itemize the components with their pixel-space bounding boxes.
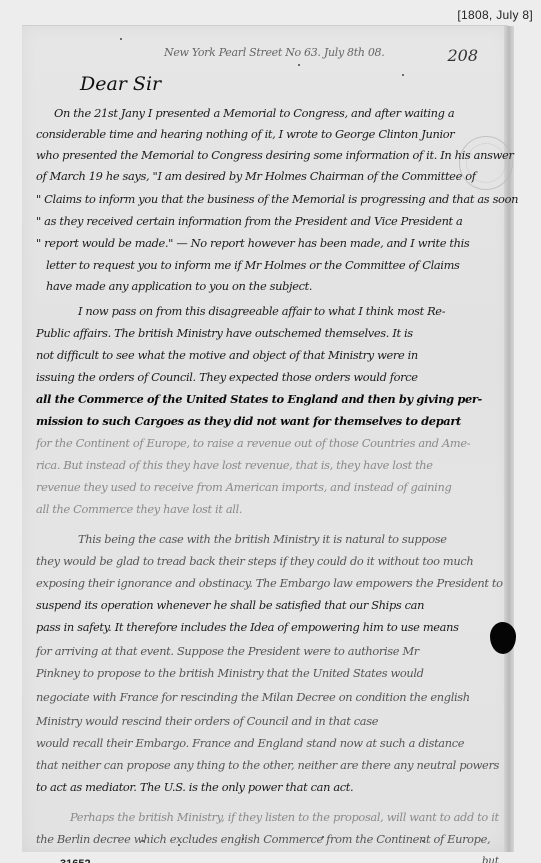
letter-line: On the 21st Jany I presented a Memorial … bbox=[54, 106, 454, 120]
letter-line: " as they received certain information f… bbox=[36, 214, 463, 228]
letter-line: rica. But instead of this they have lost… bbox=[36, 458, 433, 472]
paper-speck bbox=[322, 836, 324, 838]
letter-line: " Claims to inform you that the business… bbox=[36, 192, 518, 206]
letter-line: Public affairs. The british Ministry hav… bbox=[36, 326, 413, 340]
letter-line: This being the case with the british Min… bbox=[78, 532, 447, 546]
letter-line: they would be glad to tread back their s… bbox=[36, 554, 473, 568]
paper-speck bbox=[142, 840, 144, 842]
letter-line: issuing the orders of Council. They expe… bbox=[36, 370, 418, 384]
letter-line: " report would be made." — No report how… bbox=[36, 236, 469, 250]
letter-line: all the Commerce they have lost it all. bbox=[36, 502, 242, 516]
paper-speck bbox=[422, 840, 424, 842]
letter-line: negociate with France for rescinding the… bbox=[36, 690, 470, 704]
letter-line: all the Commerce of the United States to… bbox=[36, 392, 482, 406]
letter-line: considerable time and hearing nothing of… bbox=[36, 127, 454, 141]
paper-speck bbox=[120, 38, 122, 40]
letter-line: for arriving at that event. Suppose the … bbox=[36, 644, 419, 658]
letter-line: the Berlin decree which excludes english… bbox=[36, 832, 490, 846]
letter-line: that neither can propose any thing to th… bbox=[36, 758, 499, 772]
letter-line: have made any application to you on the … bbox=[46, 279, 312, 293]
letter-line: revenue they used to receive from Americ… bbox=[36, 480, 451, 494]
letter-line: not difficult to see what the motive and… bbox=[36, 348, 418, 362]
letter-line: of March 19 he says, "I am desired by Mr… bbox=[36, 169, 476, 183]
paper-speck bbox=[178, 844, 180, 846]
letter-line: I now pass on from this disagreeable aff… bbox=[78, 304, 445, 318]
catalog-number: 31652 bbox=[60, 858, 91, 863]
letter-line: Ministry would rescind their orders of C… bbox=[36, 714, 378, 728]
letter-line: mission to such Cargoes as they did not … bbox=[36, 414, 461, 428]
letter-line: pass in safety. It therefore includes th… bbox=[36, 620, 459, 634]
letter-line: for the Continent of Europe, to raise a … bbox=[36, 436, 470, 450]
manuscript-page: New York Pearl Street No 63. July 8th 08… bbox=[22, 25, 508, 852]
paper-speck bbox=[298, 64, 300, 66]
catchword: but bbox=[482, 856, 499, 863]
letter-line: would recall their Embargo. France and E… bbox=[36, 736, 464, 750]
dateline: New York Pearl Street No 63. July 8th 08… bbox=[164, 46, 384, 59]
folio-number: 208 bbox=[447, 46, 478, 65]
salutation: Dear Sir bbox=[80, 73, 161, 95]
letter-line: exposing their ignorance and obstinacy. … bbox=[36, 576, 503, 590]
letter-line: Pinkney to propose to the british Minist… bbox=[36, 666, 424, 680]
paper-speck bbox=[242, 838, 244, 840]
archive-reference: [1808, July 8] bbox=[457, 8, 533, 22]
letter-line: Perhaps the british Ministry, if they li… bbox=[70, 810, 499, 824]
letter-line: letter to request you to inform me if Mr… bbox=[46, 258, 460, 272]
paper-speck bbox=[402, 74, 404, 76]
letter-line: to act as mediator. The U.S. is the only… bbox=[36, 780, 353, 794]
letter-line: who presented the Memorial to Congress d… bbox=[36, 148, 514, 162]
letter-line: suspend its operation whenever he shall … bbox=[36, 598, 424, 612]
